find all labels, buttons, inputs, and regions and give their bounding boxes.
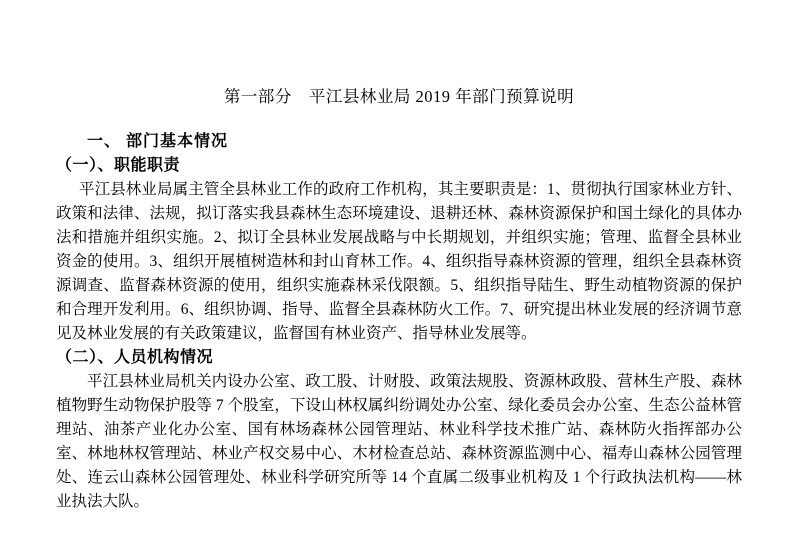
subsection-heading-functions: （一）、职能职责 bbox=[56, 154, 742, 178]
paragraph-functions-duties: 平江县林业局属主管全县林业工作的政府工作机构，其主要职责是：1、贯彻执行国家林业… bbox=[56, 178, 742, 346]
paragraph-staff-organization: 平江县林业局机关内设办公室、政工股、计财股、政策法规股、资源林政股、营林生产股、… bbox=[56, 370, 742, 514]
main-section-heading: 一、 部门基本情况 bbox=[56, 130, 742, 154]
document-page: 第一部分 平江县林业局 2019 年部门预算说明 一、 部门基本情况 （一）、职… bbox=[0, 0, 785, 555]
subsection-heading-staff-organization: （二）、人员机构情况 bbox=[56, 346, 742, 370]
document-title: 第一部分 平江县林业局 2019 年部门预算说明 bbox=[56, 85, 742, 109]
